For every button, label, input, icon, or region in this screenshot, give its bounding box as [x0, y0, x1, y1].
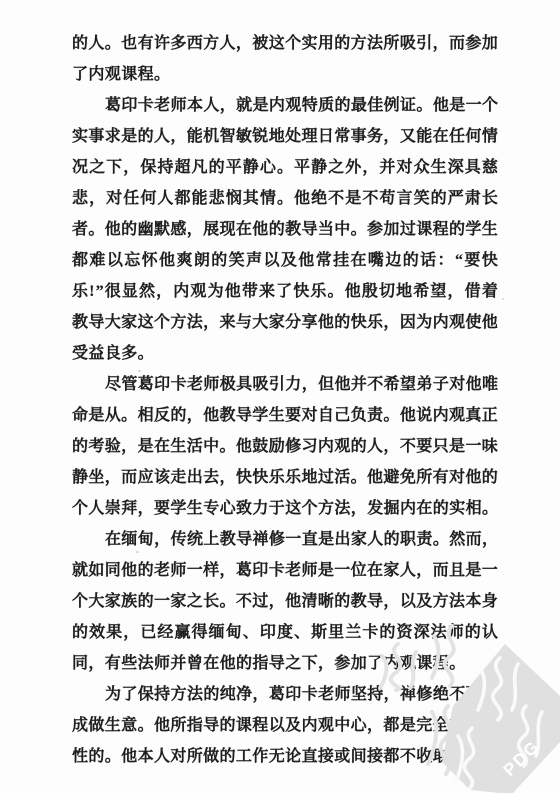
- watermark-pdg-label: PDG: [500, 736, 544, 779]
- text-line: 个人崇拜，要学生专心致力于这个方法，发掘内在的实相。: [72, 493, 498, 524]
- page-text: 的人。也有许多西方人，被这个实用的方法所吸引，而参加 了内观课程。 葛印卡老师本…: [72, 28, 498, 772]
- scan-speck: [136, 551, 139, 553]
- text-line: 同，有些法师并曾在他的指导之下，参加了内观课程。: [72, 648, 498, 679]
- text-line: 命是从。相反的，他教导学生要对自己负责。他说内观真正: [72, 400, 498, 431]
- text-line: 教导大家这个方法，来与大家分享他的快乐，因为内观使他: [72, 307, 498, 338]
- text-line: 受益良多。: [72, 338, 498, 369]
- text-line: 的人。也有许多西方人，被这个实用的方法所吸引，而参加: [72, 28, 498, 59]
- text-line: 尽管葛印卡老师极具吸引力，但他并不希望弟子对他唯: [72, 369, 498, 400]
- text-line: 的效果，已经赢得缅甸、印度、斯里兰卡的资深法师的认: [72, 617, 498, 648]
- text-line: 乐!”很显然，内观为他带来了快乐。他殷切地希望，借着: [72, 276, 498, 307]
- book-page: 的人。也有许多西方人，被这个实用的方法所吸引，而参加 了内观课程。 葛印卡老师本…: [0, 0, 560, 793]
- text-line: 者。他的幽默感，展现在他的教导当中。参加过课程的学生: [72, 214, 498, 245]
- text-line: 了内观课程。: [72, 59, 498, 90]
- scan-speck: [138, 370, 141, 372]
- scan-speck: [502, 298, 504, 300]
- text-line: 性的。他本人对所做的工作无论直接或间接都不收取任何报: [72, 741, 498, 772]
- text-line: 葛印卡老师本人，就是内观特质的最佳例证。他是一个: [72, 90, 498, 121]
- text-line: 成做生意。他所指导的课程以及内观中心，都是完全非盈利: [72, 710, 498, 741]
- text-line: 个大家族的一家之长。不过，他清晰的教导，以及方法本身: [72, 586, 498, 617]
- text-line: 就如同他的老师一样，葛印卡老师是一位在家人，而且是一: [72, 555, 498, 586]
- text-line: 悲，对任何人都能悲悯其情。他绝不是不苟言笑的严肃长: [72, 183, 498, 214]
- text-line: 为了保持方法的纯净，葛印卡老师坚持，禅修绝不可变: [72, 679, 498, 710]
- text-line: 况之下，保持超凡的平静心。平静之外，并对众生深具慈: [72, 152, 498, 183]
- text-line: 的考验，是在生活中。他鼓励修习内观的人，不要只是一味: [72, 431, 498, 462]
- text-line: 实事求是的人，能机智敏锐地处理日常事务，又能在任何情: [72, 121, 498, 152]
- text-line: 都难以忘怀他爽朗的笑声以及他常挂在嘴边的话：“要快: [72, 245, 498, 276]
- text-line: 静坐，而应该走出去，快快乐乐地过活。他避免所有对他的: [72, 462, 498, 493]
